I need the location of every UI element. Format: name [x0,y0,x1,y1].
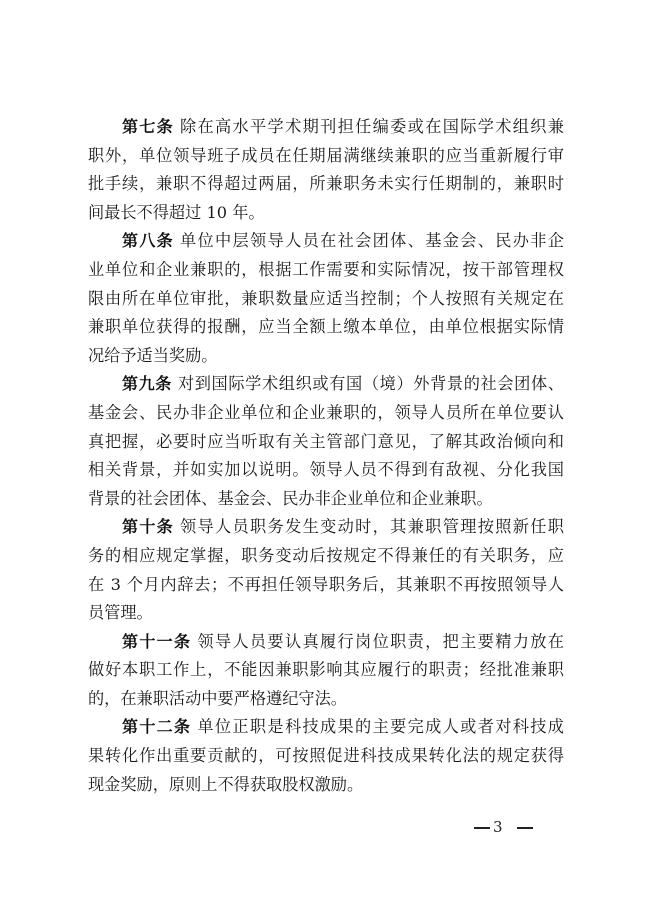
article-text: 单位中层领导人员在社会团体、基金会、民办非企 [180,231,564,250]
article-label: 第十一条 [122,632,191,651]
article-label: 第八条 [122,231,174,250]
article-line: 现金奖励，原则上不得获取股权激励。 [88,771,564,800]
article-line: 的，在兼职活动中要严格遵纪守法。 [88,685,564,714]
article-line: 间最长不得超过 10 年。 [88,199,564,228]
article-text: 领导人员职务发生变动时，其兼职管理按照新任职 [180,517,564,536]
article-line: 业单位和企业兼职的，根据工作需要和实际情况，按干部管理权 [88,256,564,285]
article-11: 第十一条领导人员要认真履行岗位职责，把主要精力放在 做好本职工作上，不能因兼职影… [88,628,564,714]
article-7: 第七条除在高水平学术期刊担任编委或在国际学术组织兼 职外，单位领导班子成员在任期… [88,113,564,227]
article-text: 单位正职是科技成果的主要完成人或者对科技成 [197,717,564,736]
article-line: 限由所在单位审批，兼职数量应适当控制；个人按照有关规定在 [88,285,564,314]
article-8: 第八条单位中层领导人员在社会团体、基金会、民办非企 业单位和企业兼职的，根据工作… [88,227,564,370]
article-label: 第七条 [122,117,174,136]
article-text: 对到国际学术组织或有国（境）外背景的社会团体、 [178,374,564,393]
article-line: 果转化作出重要贡献的，可按照促进科技成果转化法的规定获得 [88,742,564,771]
article-line: 相关背景，并如实加以说明。领导人员不得到有敌视、分化我国 [88,456,564,485]
article-label: 第十二条 [122,717,191,736]
article-line: 批手续，兼职不得超过两届，所兼职务未实行任期制的，兼职时 [88,170,564,199]
article-line: 真把握，必要时应当听取有关主管部门意见，了解其政治倾向和 [88,428,564,457]
page-number-dash-left [474,827,490,829]
article-line: 况给予适当奖励。 [88,342,564,371]
article-text: 领导人员要认真履行岗位职责，把主要精力放在 [197,632,564,651]
article-label: 第十条 [122,517,174,536]
page-number-value: 3 [493,818,503,836]
article-first-line: 第九条对到国际学术组织或有国（境）外背景的社会团体、 [88,370,564,399]
article-line: 兼职单位获得的报酬，应当全额上缴本单位，由单位根据实际情 [88,313,564,342]
article-label: 第九条 [122,374,172,393]
article-first-line: 第八条单位中层领导人员在社会团体、基金会、民办非企 [88,227,564,256]
article-first-line: 第七条除在高水平学术期刊担任编委或在国际学术组织兼 [88,113,564,142]
page-number-dash-right [517,827,533,829]
article-first-line: 第十一条领导人员要认真履行岗位职责，把主要精力放在 [88,628,564,657]
page-number: 3 [474,818,533,836]
article-first-line: 第十条领导人员职务发生变动时，其兼职管理按照新任职 [88,513,564,542]
article-line: 在 3 个月内辞去；不再担任领导职务后，其兼职不再按照领导人 [88,571,564,600]
article-line: 职外，单位领导班子成员在任期届满继续兼职的应当重新履行审 [88,142,564,171]
document-page: 第七条除在高水平学术期刊担任编委或在国际学术组织兼 职外，单位领导班子成员在任期… [0,0,650,919]
article-first-line: 第十二条单位正职是科技成果的主要完成人或者对科技成 [88,713,564,742]
document-body: 第七条除在高水平学术期刊担任编委或在国际学术组织兼 职外，单位领导班子成员在任期… [88,113,564,799]
article-text: 除在高水平学术期刊担任编委或在国际学术组织兼 [180,117,564,136]
article-line: 务的相应规定掌握，职务变动后按规定不得兼任的有关职务，应 [88,542,564,571]
article-line: 背景的社会团体、基金会、民办非企业单位和企业兼职。 [88,485,564,514]
article-line: 员管理。 [88,599,564,628]
article-line: 基金会、民办非企业单位和企业兼职的，领导人员所在单位要认 [88,399,564,428]
article-12: 第十二条单位正职是科技成果的主要完成人或者对科技成 果转化作出重要贡献的，可按照… [88,713,564,799]
article-9: 第九条对到国际学术组织或有国（境）外背景的社会团体、 基金会、民办非企业单位和企… [88,370,564,513]
article-10: 第十条领导人员职务发生变动时，其兼职管理按照新任职 务的相应规定掌握，职务变动后… [88,513,564,627]
article-line: 做好本职工作上，不能因兼职影响其应履行的职责；经批准兼职 [88,656,564,685]
